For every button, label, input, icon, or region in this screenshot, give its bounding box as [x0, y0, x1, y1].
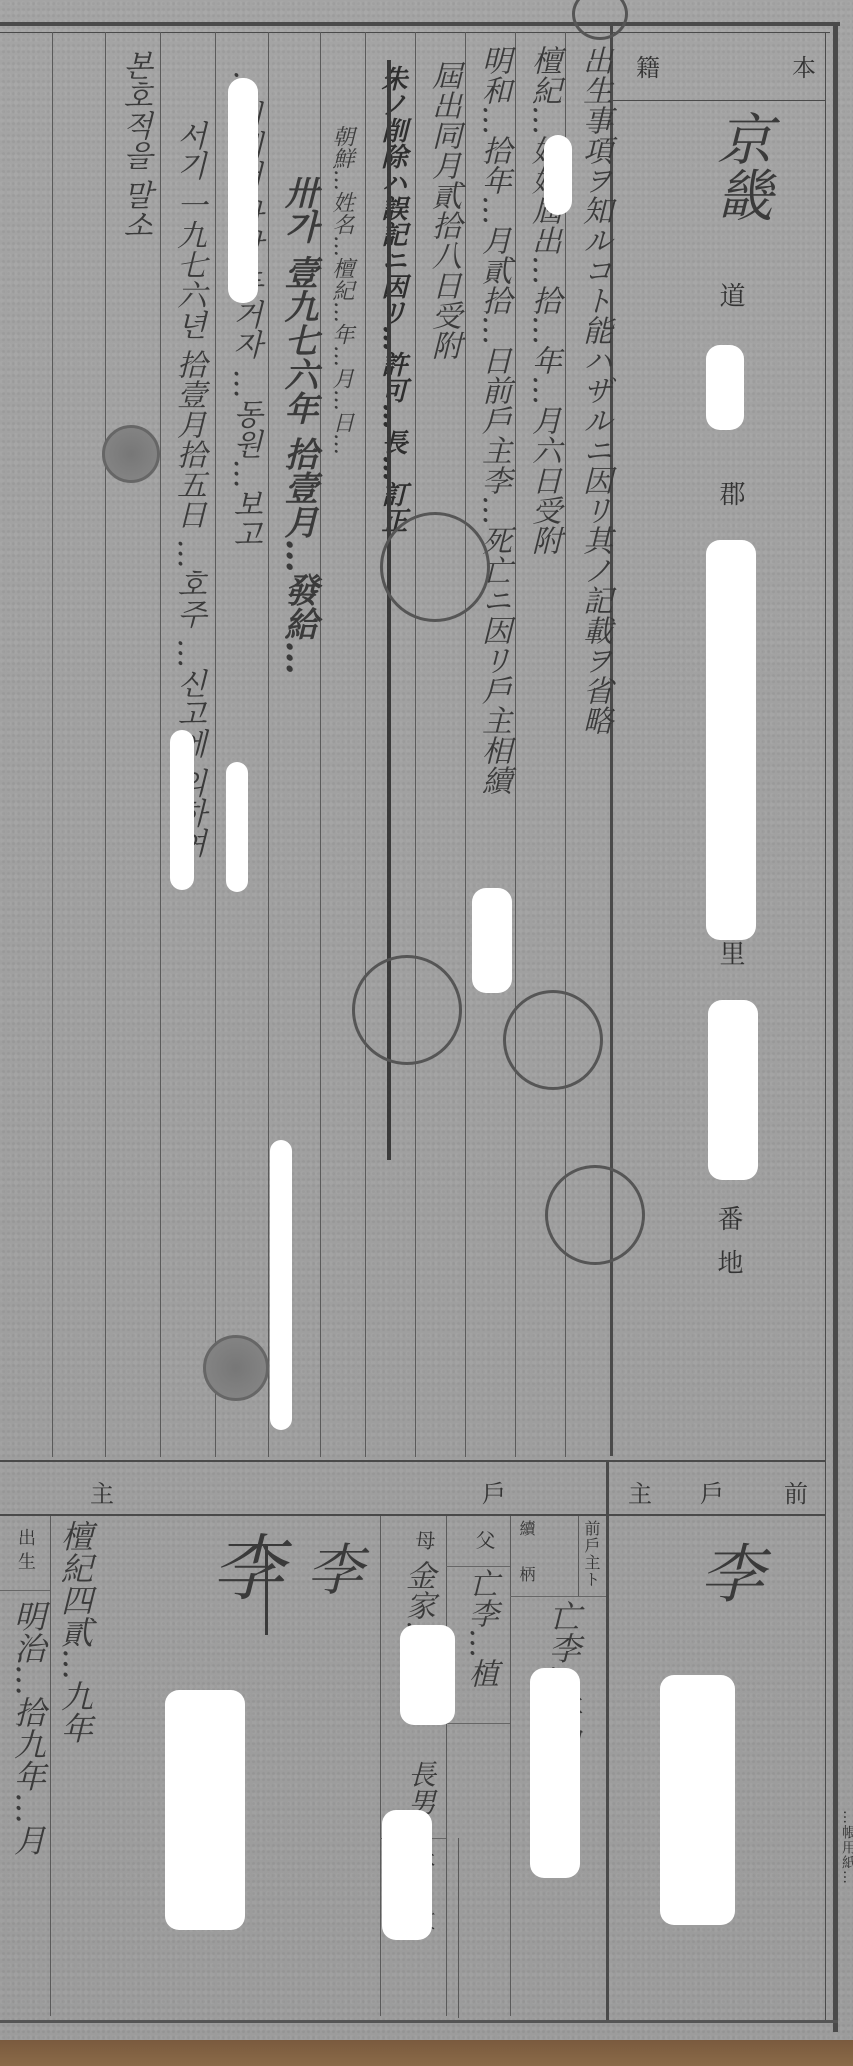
domicile-village-label: 里	[712, 940, 749, 972]
redaction-mark	[400, 1625, 455, 1725]
header-head-ju: 主	[90, 1474, 114, 1509]
birth-label: 出生	[12, 1528, 38, 1576]
father-label: 父	[470, 1530, 499, 1556]
domicile-province-value: 京畿	[700, 110, 780, 222]
relation-to-parents: 長男	[400, 1760, 440, 1816]
birth-date: 明治…拾九年…月	[5, 1600, 51, 2020]
header-head-ho: 戶	[482, 1474, 506, 1509]
frame-right	[833, 22, 838, 2032]
redaction-mark	[228, 78, 258, 303]
seal-stamp	[352, 955, 462, 1065]
col-rule	[160, 32, 161, 1457]
table-surface	[0, 2040, 853, 2066]
redaction-mark	[226, 762, 248, 892]
record-column: 明和…拾年…月貳拾…日前戶主李…死亡ニ因リ戶主相續	[471, 45, 515, 1445]
head-surname: 李	[190, 1530, 294, 1602]
register-page: 本 籍 前 戶 主 戶 主 京畿 道 郡 里 番地 出生事項ヲ知ルコト能ハザルニ…	[0, 0, 853, 2040]
father-label-hrule	[446, 1566, 510, 1567]
redaction-mark	[472, 888, 512, 993]
record-column: 卅가 壹九七六年 拾壹月…發給…	[274, 175, 323, 1075]
redaction-mark	[270, 1140, 292, 1430]
mother-box-left	[380, 1516, 381, 2016]
header-domicile-jeok: 籍	[636, 48, 660, 83]
redaction-mark	[530, 1668, 580, 1878]
domicile-province-label: 道	[712, 282, 749, 314]
record-column-korean: 본호적을 말소	[112, 50, 156, 450]
redaction-mark	[660, 1675, 735, 1925]
seal-stamp	[503, 990, 603, 1090]
header-former-head-ju: 主	[628, 1474, 652, 1509]
margin-note: …帳用紙…	[838, 1810, 853, 1885]
section-rule-upper	[0, 1460, 826, 1462]
birth-era-note: 檀紀四貳…九年	[52, 1520, 98, 1830]
bongwan-rule	[458, 1838, 459, 2018]
frame-bottom	[0, 2020, 838, 2023]
redaction-mark	[382, 1810, 432, 1940]
col-rule	[268, 32, 269, 1457]
relation-label-b: 續柄	[515, 1520, 538, 1612]
col-rule	[52, 32, 53, 1457]
record-column: 屆出同月貳拾八日受附	[421, 60, 465, 860]
former-head-name: 李	[680, 1540, 772, 1604]
seal-stamp-personal	[102, 425, 160, 483]
header-former-head-ho: 戶	[700, 1474, 724, 1509]
relation-label-a: 前戶主ト	[580, 1520, 603, 1588]
header-domicile-bon: 本	[792, 48, 816, 83]
seal-stamp-personal	[203, 1335, 269, 1401]
head-surname-corrected: 李	[290, 1540, 370, 1596]
lower-divider	[606, 1460, 609, 2020]
col-rule	[105, 32, 106, 1457]
domicile-county-label: 郡	[712, 480, 749, 512]
domicile-lot-label: 番地	[710, 1205, 747, 1293]
col-rule	[515, 32, 516, 1457]
mother-label: 母	[410, 1530, 439, 1556]
redaction-mark	[706, 540, 756, 940]
header-former-head-jeon: 前	[784, 1474, 808, 1509]
seal-stamp	[545, 1165, 645, 1265]
redaction-mark	[544, 135, 572, 215]
col-rule	[465, 32, 466, 1457]
birth-label-hrule	[0, 1590, 50, 1591]
frame-inner-right	[825, 32, 826, 2022]
redaction-mark	[706, 345, 744, 430]
col-rule	[415, 32, 416, 1457]
domicile-header-rule	[613, 100, 825, 101]
redaction-mark	[708, 1000, 758, 1180]
relation-label-rule	[578, 1516, 579, 1596]
seal-stamp-top	[572, 0, 628, 40]
seal-stamp	[380, 512, 490, 622]
col-rule	[365, 32, 366, 1457]
frame-top	[0, 22, 840, 26]
section-rule-lower	[0, 1514, 826, 1516]
father-box-left	[446, 1516, 447, 2016]
col-rule	[215, 32, 216, 1457]
relation-box-left	[510, 1516, 511, 2016]
redaction-mark	[170, 730, 194, 890]
redaction-mark	[165, 1690, 245, 1930]
father-name: 亡李…植	[458, 1568, 502, 1728]
